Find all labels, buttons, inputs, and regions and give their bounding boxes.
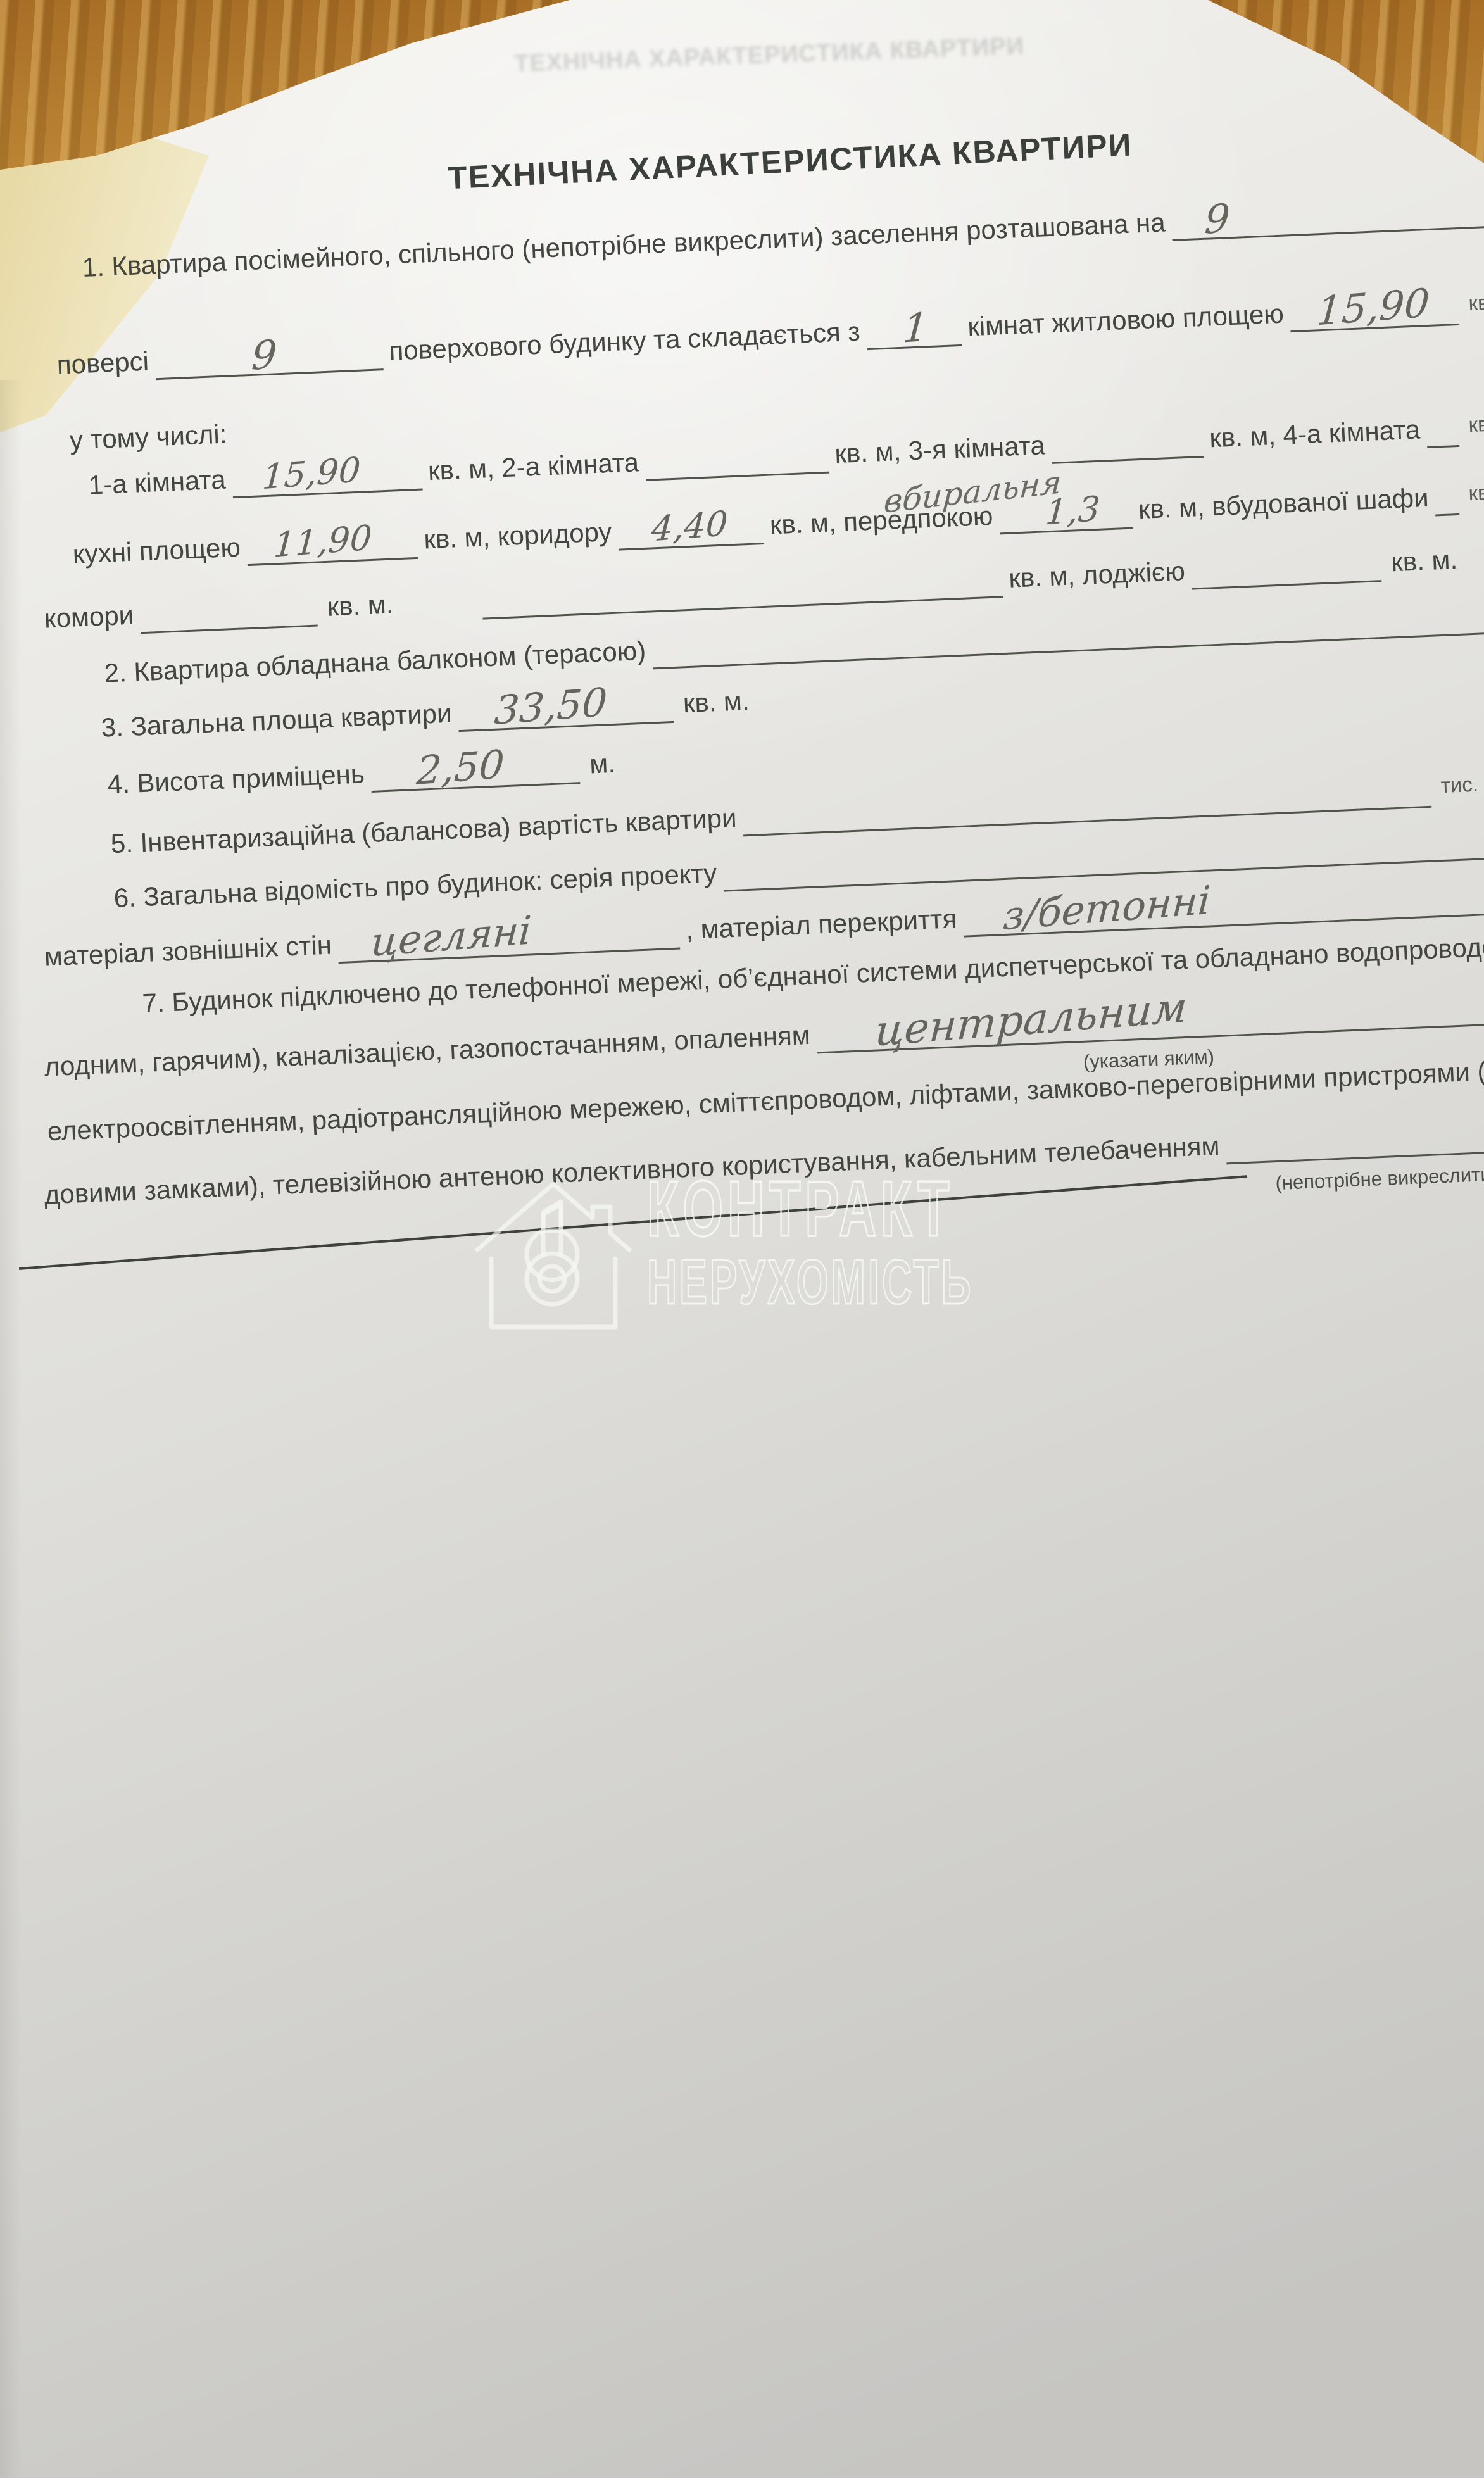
unit-sqm: кв. м, [1468, 285, 1484, 325]
unit-ths-uah: тис. грн. [1440, 766, 1484, 807]
living-area-handwritten: 15,90 [1316, 287, 1431, 329]
storeys-handwritten: 9 [251, 338, 278, 373]
label-room1: 1-а кімната [88, 463, 227, 505]
room3-blank [1051, 425, 1204, 464]
paper-edge-shadow [0, 380, 22, 2478]
unit-sqm: кв. м. [682, 684, 750, 722]
floor-handwritten: 9 [1204, 202, 1231, 237]
rooms-count-handwritten: 1 [902, 311, 929, 346]
ceiling-material-handwritten: з/бетонні [1002, 884, 1211, 933]
rooms-count-blank: 1 [866, 314, 962, 350]
photo-of-document: ТЕХНІЧНА ХАРАКТЕРИСТИКА КВАРТИРИ ТЕХНІЧН… [0, 0, 1484, 2478]
label-storey: поверсі [56, 345, 149, 384]
walls-material-handwritten: цегляні [370, 914, 532, 959]
total-area-handwritten: 33,50 [493, 686, 608, 727]
hall-blank: 1,3 вбиральня [998, 497, 1133, 535]
wardrobe-blank [1435, 483, 1460, 517]
kitchen-handwritten: 11,90 [273, 521, 373, 562]
unit-sqm: кв. м, [1468, 406, 1484, 446]
corridor-handwritten: 4,40 [650, 507, 729, 546]
label-pantry: комори [44, 599, 134, 638]
corridor-blank: 4,40 [617, 512, 764, 551]
unit-sqm: кв. м, [1468, 475, 1484, 515]
height-handwritten: 2,50 [416, 748, 506, 788]
unit-sqm: кв. м. [327, 588, 394, 626]
unit-sqm: кв. м. [1390, 543, 1458, 581]
label-loggia: кв. м, лоджією [1008, 555, 1186, 598]
label-kitchen: кухні площею [72, 531, 241, 574]
unit-m: м. [589, 747, 616, 784]
room4-blank [1426, 415, 1459, 448]
room1-handwritten: 15,90 [261, 453, 361, 494]
hall-handwritten: 1,3 [1044, 493, 1100, 530]
label-including: у тому числі: [69, 418, 228, 460]
